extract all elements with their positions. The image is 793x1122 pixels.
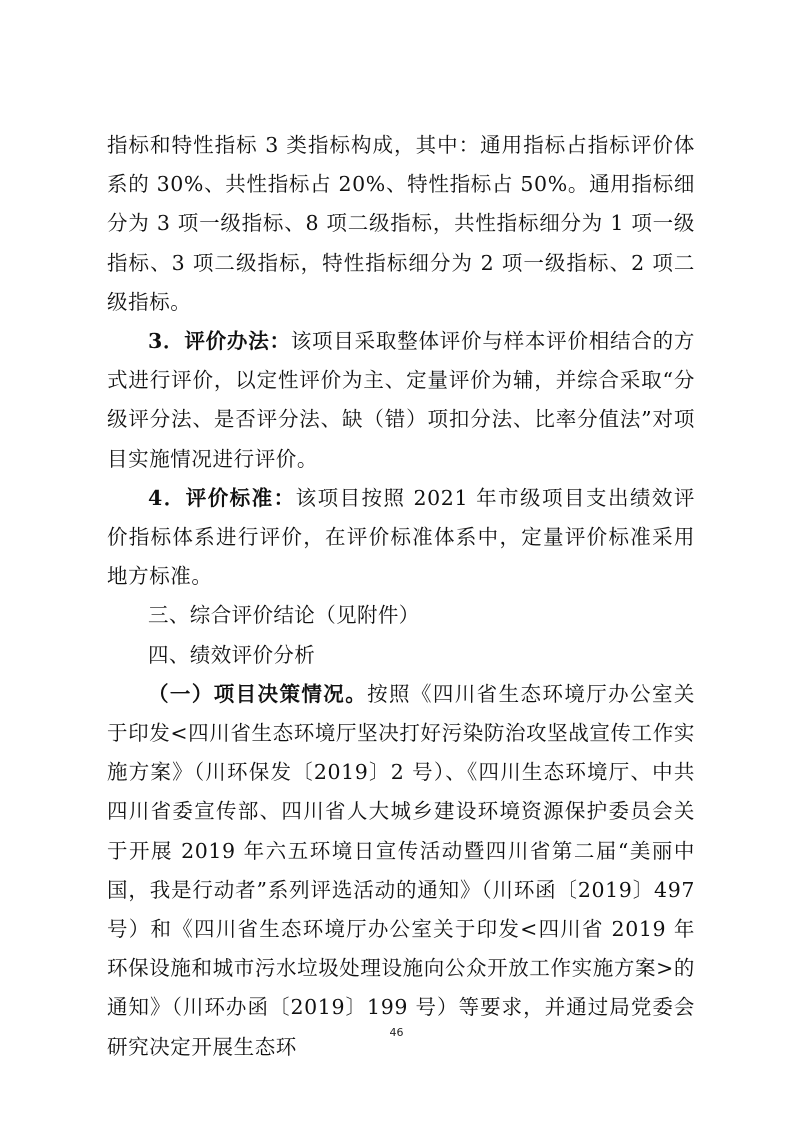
paragraph-evaluation-standard: 4．评价标准：该项目按照 2021 年市级项目支出绩效评价指标体系进行评价，在评… [107, 479, 695, 597]
heading-comprehensive-conclusion: 三、综合评价结论（见附件） [107, 596, 695, 635]
paragraph-lead: （一）项目决策情况。 [148, 682, 367, 706]
paragraph-lead: 3．评价办法： [148, 329, 291, 353]
paragraph-project-decision: （一）项目决策情况。按照《四川省生态环境厅办公室关于印发<四川省生态环境厅坚决打… [107, 675, 695, 1067]
paragraph-indicator-composition: 指标和特性指标 3 类指标构成，其中：通用指标占指标评价体系的 30%、共性指标… [107, 126, 695, 322]
paragraph-text: 按照《四川省生态环境厅办公室关于印发<四川省生态环境厅坚决打好污染防治攻坚战宣传… [107, 682, 695, 1059]
document-page: 指标和特性指标 3 类指标构成，其中：通用指标占指标评价体系的 30%、共性指标… [0, 0, 793, 1122]
page-number: 46 [0, 1026, 793, 1039]
paragraph-evaluation-method: 3．评价办法：该项目采取整体评价与样本评价相结合的方式进行评价，以定性评价为主、… [107, 322, 695, 479]
paragraph-text: 指标和特性指标 3 类指标构成，其中：通用指标占指标评价体系的 30%、共性指标… [107, 133, 695, 314]
document-body: 指标和特性指标 3 类指标构成，其中：通用指标占指标评价体系的 30%、共性指标… [107, 126, 695, 1067]
paragraph-lead: 4．评价标准： [148, 486, 296, 510]
heading-performance-analysis: 四、绩效评价分析 [107, 636, 695, 675]
